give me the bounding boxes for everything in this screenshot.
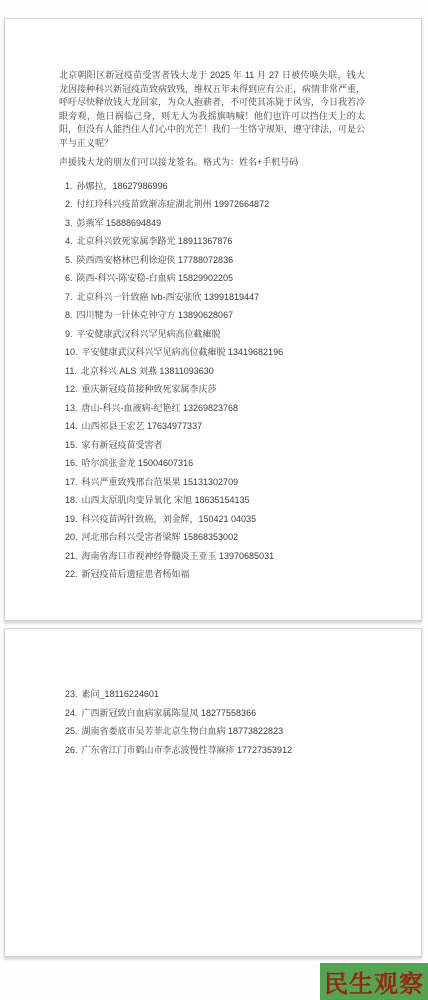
list-item-text: 付红玲科兴疫苗致渐冻症湖北荆州 19972664872 <box>77 199 270 209</box>
list-item: 20.河北邢台科兴受害者梁辉 15868353002 <box>65 531 365 543</box>
list-item: 9.平安健康武汉科兴罕见病高位截瘫脱 <box>65 328 365 340</box>
list-item: 21.海南省海口市视神经脊髓炎王亚玉 13970685031 <box>65 550 365 562</box>
list-item-text: 北京科兴一针致癌 lvb-西安张欣 13991819447 <box>77 292 260 302</box>
list-item: 11.北京科兴 ALS 刘燕 13811093630 <box>65 365 365 377</box>
list-item-text: 哈尔滨张金龙 15004607316 <box>82 458 194 468</box>
list-item-number: 5. <box>65 255 73 265</box>
list-item-text: 科兴疫苗两针致癌，刘金辉，150421 04035 <box>82 514 257 524</box>
list-item: 19.科兴疫苗两针致癌，刘金辉，150421 04035 <box>65 513 365 525</box>
list-item-text: 广东省江门市鹤山市李志波慢性荨麻疹 17727353912 <box>82 745 293 755</box>
list-item: 5.陕西西安格林巴利徐迎侠 17788072836 <box>65 254 365 266</box>
list-item-number: 26. <box>65 745 78 755</box>
list-item-number: 19. <box>65 514 78 524</box>
list-item: 26.广东省江门市鹤山市李志波慢性荨麻疹 17727353912 <box>65 744 365 756</box>
list-item-text: 北京科兴致死家属李路光 18911367876 <box>77 236 233 246</box>
list-item: 1.孙娜拉，18627986996 <box>65 180 365 192</box>
list-item-number: 18. <box>65 495 78 505</box>
list-item-number: 3. <box>65 218 73 228</box>
list-item-text: 素问_18116224601 <box>82 689 159 699</box>
list-item: 22.新冠疫苗后遗症患者杨如福 <box>65 568 365 580</box>
list-item-text: 孙娜拉，18627986996 <box>77 181 168 191</box>
document-page-2: 23.素问_18116224601 24.广西新冠致白血病家属陈显凤 18277… <box>4 628 422 957</box>
list-item-text: 北京科兴 ALS 刘燕 13811093630 <box>81 366 214 376</box>
list-item-text: 新冠疫苗后遗症患者杨如福 <box>82 569 190 579</box>
list-item-number: 7. <box>65 292 73 302</box>
list-item-number: 15. <box>65 440 78 450</box>
list-item-number: 21. <box>65 551 78 561</box>
list-item-number: 6. <box>65 273 73 283</box>
list-item-number: 22. <box>65 569 78 579</box>
list-item-text: 山西太原肌肉变异氧化 宋旭 18635154135 <box>82 495 250 505</box>
list-item: 24.广西新冠致白血病家属陈显凤 18277558366 <box>65 707 365 719</box>
signature-list-page-2: 23.素问_18116224601 24.广西新冠致白血病家属陈显凤 18277… <box>59 688 365 756</box>
list-item: 16.哈尔滨张金龙 15004607316 <box>65 457 365 469</box>
list-item-text: 湖南省娄底市吴芳菲北京生物白血病 18773822823 <box>82 726 284 736</box>
list-item: 18.山西太原肌肉变异氧化 宋旭 18635154135 <box>65 494 365 506</box>
list-item-number: 12. <box>65 384 78 394</box>
list-item-text: 平安健康武汉科兴罕见病高位截瘫脱 <box>77 329 221 339</box>
list-item-text: 彭燕军 15888694849 <box>77 218 162 228</box>
list-item: 4.北京科兴致死家属李路光 18911367876 <box>65 235 365 247</box>
page-1-content: 北京朝阳区新冠疫苗受害者钱大龙于 2025 年 11 月 27 日被传唤失联，钱… <box>5 19 421 580</box>
list-item-text: 平安健康武汉科兴罕见病高位截瘫脱 13419682196 <box>82 347 284 357</box>
list-item-text: 河北邢台科兴受害者梁辉 15868353002 <box>82 532 239 542</box>
list-item: 10.平安健康武汉科兴罕见病高位截瘫脱 13419682196 <box>65 346 365 358</box>
list-item: 12.重庆新冠疫苗接种致死家属李庆莎 <box>65 383 365 395</box>
list-item-number: 10. <box>65 347 78 357</box>
list-item-text: 陕西-科兴-陈安稳-白血病 15829902205 <box>77 273 234 283</box>
list-item-number: 14. <box>65 421 78 431</box>
list-item-text: 重庆新冠疫苗接种致死家属李庆莎 <box>82 384 217 394</box>
list-item: 25.湖南省娄底市吴芳菲北京生物白血病 18773822823 <box>65 725 365 737</box>
list-item-text: 家有新冠疫苗受害者 <box>82 440 163 450</box>
list-item-number: 1. <box>65 181 73 191</box>
list-item-text: 科兴严重致残邢台范果果 15131302709 <box>82 477 239 487</box>
document-page-1: 北京朝阳区新冠疫苗受害者钱大龙于 2025 年 11 月 27 日被传唤失联，钱… <box>4 18 422 621</box>
list-item-number: 17. <box>65 477 78 487</box>
page-2-content: 23.素问_18116224601 24.广西新冠致白血病家属陈显凤 18277… <box>5 629 421 756</box>
list-item: 2.付红玲科兴疫苗致渐冻症湖北荆州 19972664872 <box>65 198 365 210</box>
list-item-number: 11. <box>65 366 77 376</box>
list-item-number: 13. <box>65 403 78 413</box>
list-item-number: 4. <box>65 236 73 246</box>
list-item-text: 四川犍为一针休克钟守方 13890628067 <box>77 310 234 320</box>
list-item: 6.陕西-科兴-陈安稳-白血病 15829902205 <box>65 272 365 284</box>
list-item-text: 山西祁县王宏艺 17634977337 <box>82 421 203 431</box>
list-item-text: 陕西西安格林巴利徐迎侠 17788072836 <box>77 255 234 265</box>
list-item: 23.素问_18116224601 <box>65 688 365 700</box>
signup-instruction-line: 声援钱大龙的朋友们可以接龙签名。格式为：姓名+手机号码 <box>59 156 365 170</box>
list-item: 8.四川犍为一针休克钟守方 13890628067 <box>65 309 365 321</box>
appeal-paragraph: 北京朝阳区新冠疫苗受害者钱大龙于 2025 年 11 月 27 日被传唤失联，钱… <box>59 69 365 150</box>
list-item-number: 16. <box>65 458 78 468</box>
list-item: 13.唐山-科兴-血液病-纪艳红 13269823768 <box>65 402 365 414</box>
list-item: 15.家有新冠疫苗受害者 <box>65 439 365 451</box>
signature-list-page-1: 1.孙娜拉，18627986996 2.付红玲科兴疫苗致渐冻症湖北荆州 1997… <box>59 180 365 581</box>
list-item-text: 广西新冠致白血病家属陈显凤 18277558366 <box>82 708 257 718</box>
list-item-number: 9. <box>65 329 73 339</box>
list-item: 14.山西祁县王宏艺 17634977337 <box>65 420 365 432</box>
watermark-minsheng-guancha: 民生观察 <box>320 963 428 1000</box>
list-item-text: 海南省海口市视神经脊髓炎王亚玉 13970685031 <box>82 551 275 561</box>
list-item-number: 2. <box>65 199 73 209</box>
list-item: 7.北京科兴一针致癌 lvb-西安张欣 13991819447 <box>65 291 365 303</box>
list-item-number: 24. <box>65 708 78 718</box>
list-item-number: 23. <box>65 689 78 699</box>
list-item-number: 25. <box>65 726 78 736</box>
list-item: 3.彭燕军 15888694849 <box>65 217 365 229</box>
list-item-text: 唐山-科兴-血液病-纪艳红 13269823768 <box>82 403 239 413</box>
list-item: 17.科兴严重致残邢台范果果 15131302709 <box>65 476 365 488</box>
list-item-number: 20. <box>65 532 78 542</box>
list-item-number: 8. <box>65 310 73 320</box>
